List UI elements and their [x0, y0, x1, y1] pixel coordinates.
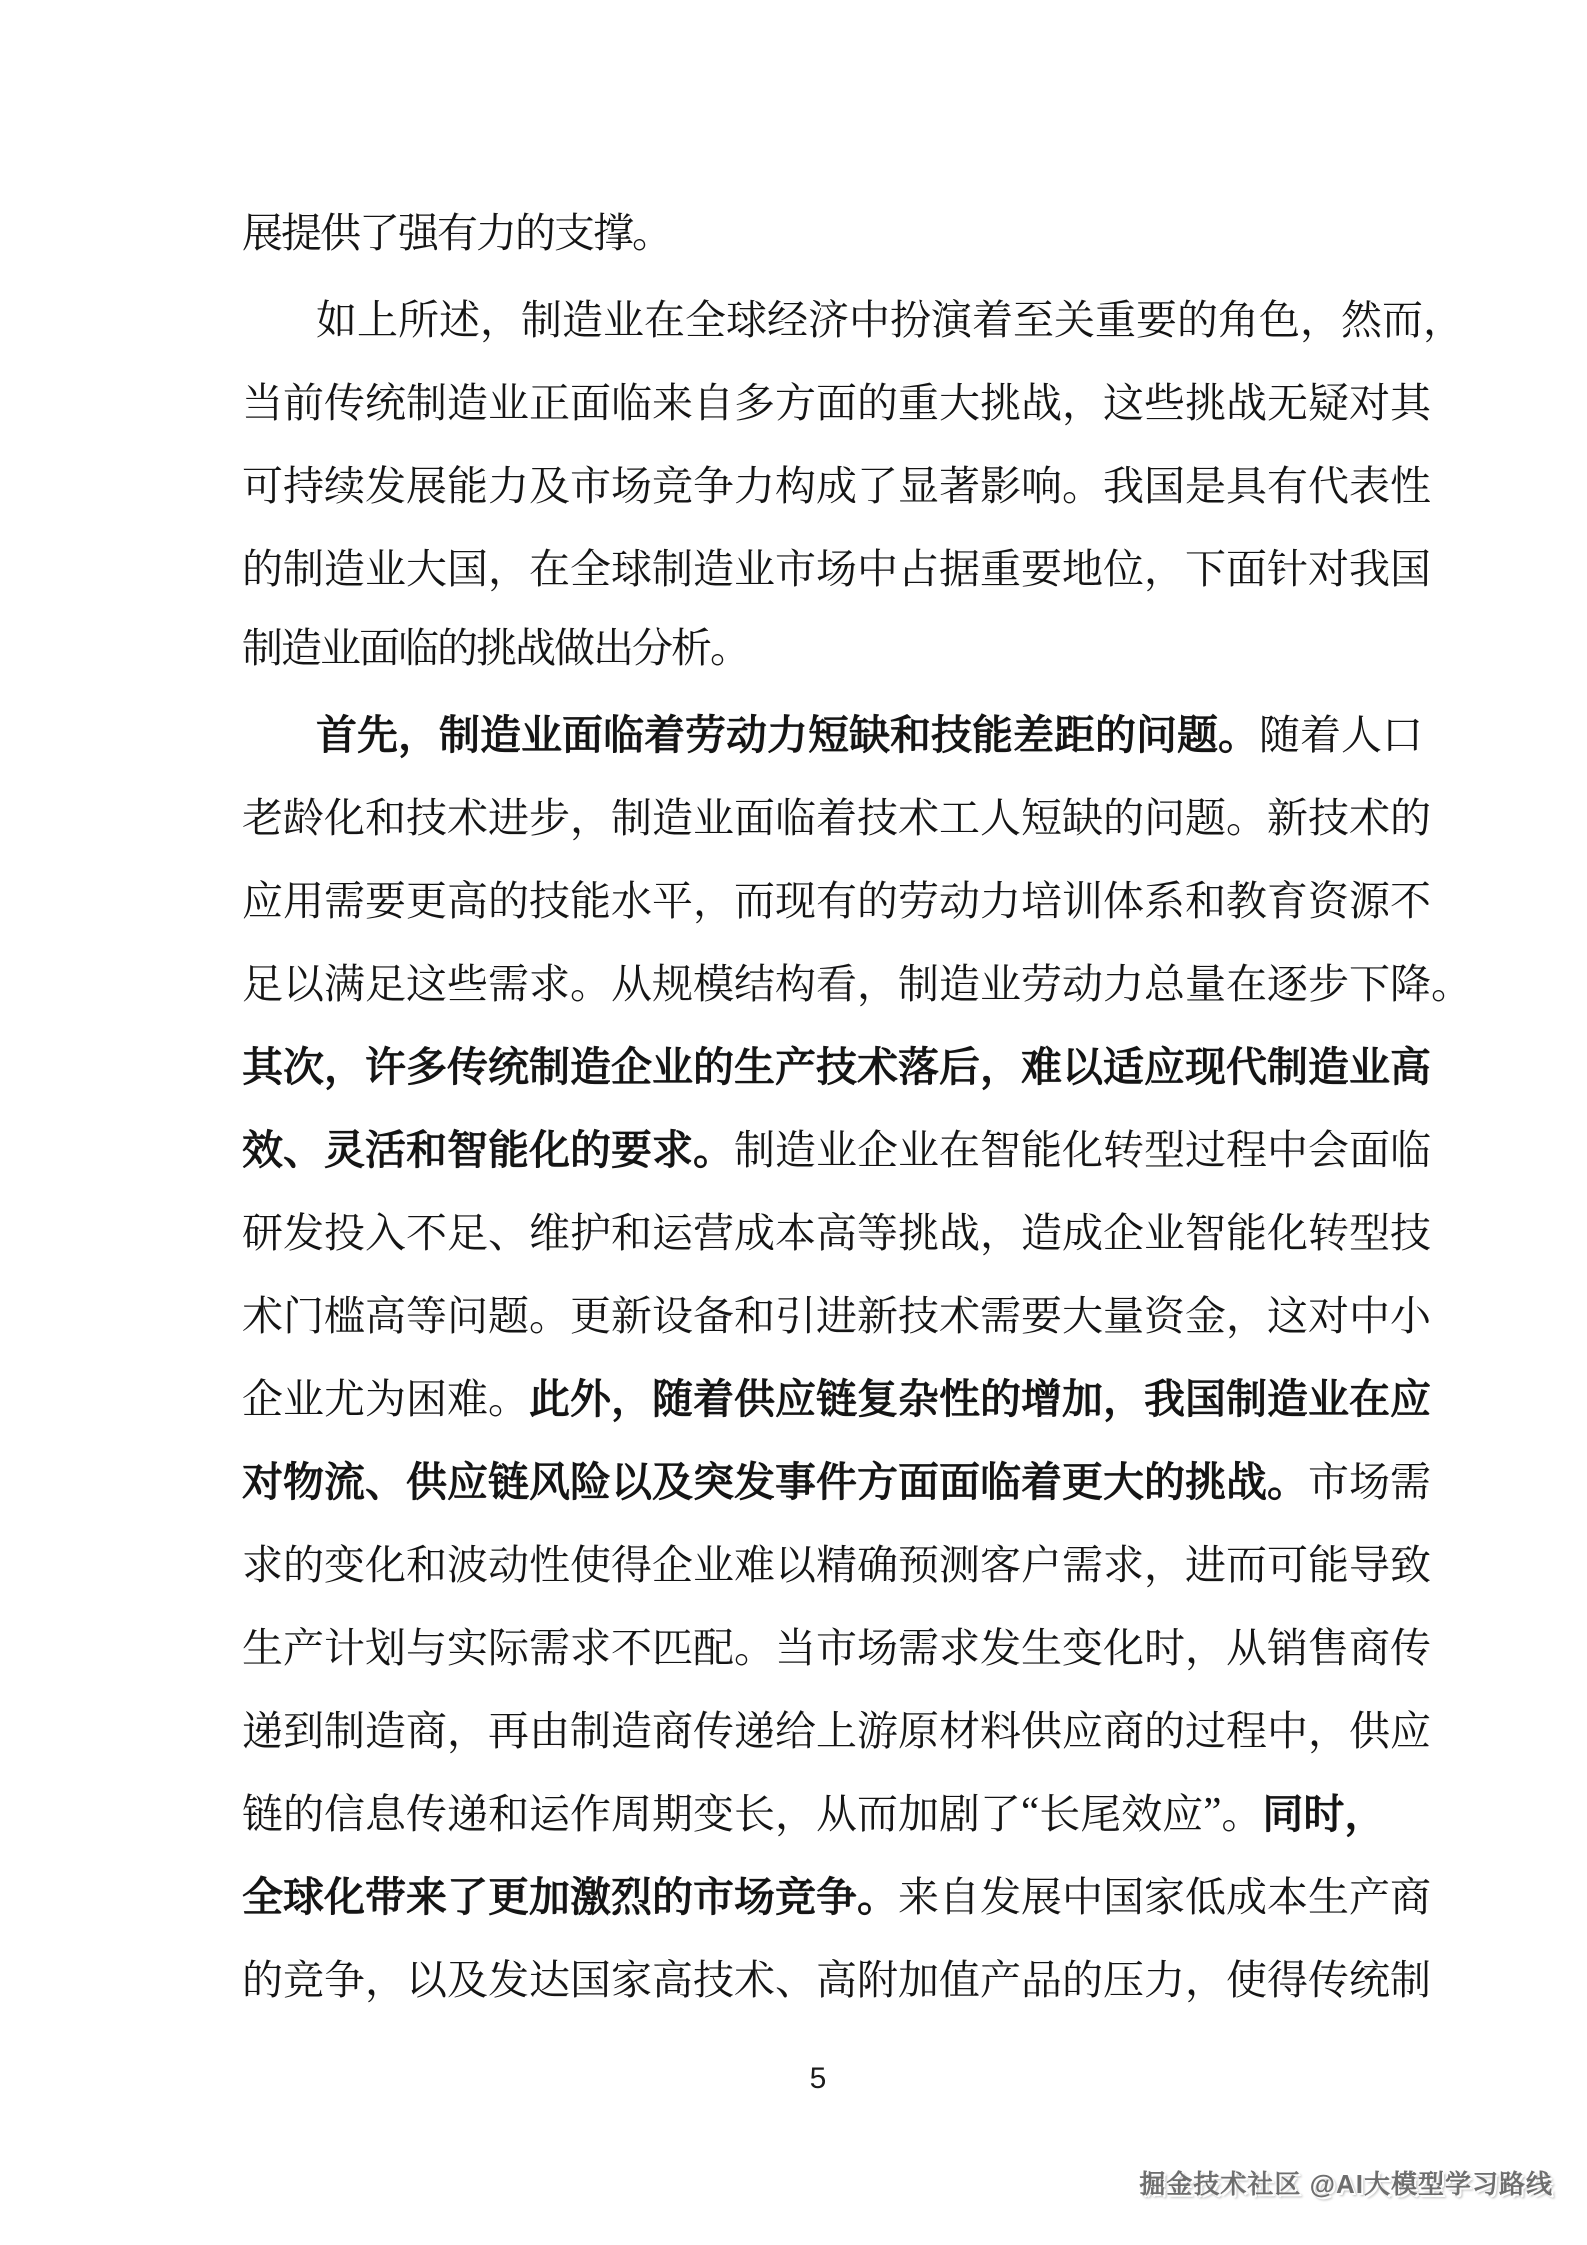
text-line: 如上所述，制造业在全球经济中扮演着至关重要的角色，然而，: [242, 275, 1348, 358]
text-line: 链的信息传递和运作周期变长，从而加剧了“长尾效应”。同时，: [242, 1769, 1348, 1852]
page-number: 5: [768, 2062, 868, 2096]
text-line: 效、灵活和智能化的要求。制造业企业在智能化转型过程中会面临: [242, 1105, 1348, 1188]
paragraph-indent: [242, 316, 316, 317]
body-text-segment: 展提供了强有力的支撑。: [242, 210, 671, 256]
text-line: 可持续发展能力及市场竞争力构成了显著影响。我国是具有代表性: [242, 441, 1348, 524]
text-line: 的制造业大国，在全球制造业市场中占据重要地位，下面针对我国: [242, 524, 1348, 607]
text-line: 老龄化和技术进步，制造业面临着技术工人短缺的问题。新技术的: [242, 773, 1348, 856]
text-line: 研发投入不足、维护和运营成本高等挑战，造成企业智能化转型技: [242, 1188, 1348, 1271]
text-line: 对物流、供应链风险以及突发事件方面面临着更大的挑战。市场需: [242, 1437, 1348, 1520]
watermark: 掘金技术社区 @AI大模型学习路线: [1139, 2164, 1553, 2201]
text-line: 企业尤为困难。此外，随着供应链复杂性的增加，我国制造业在应: [242, 1354, 1348, 1437]
text-line: 全球化带来了更加激烈的市场竞争。来自发展中国家低成本生产商: [242, 1852, 1348, 1935]
text-line: 当前传统制造业正面临来自多方面的重大挑战，这些挑战无疑对其: [242, 358, 1348, 441]
text-line: 递到制造商，再由制造商传递给上游原材料供应商的过程中，供应: [242, 1686, 1348, 1769]
text-line: 足以满足这些需求。从规模结构看，制造业劳动力总量在逐步下降。: [242, 939, 1348, 1022]
text-line: 展提供了强有力的支撑。: [242, 192, 1348, 275]
text-line: 首先，制造业面临着劳动力短缺和技能差距的问题。随着人口: [242, 690, 1348, 773]
body-text-segment: 制造业面临的挑战做出分析。: [242, 625, 749, 671]
text-line: 制造业面临的挑战做出分析。: [242, 607, 1348, 690]
text-line: 的竞争，以及发达国家高技术、高附加值产品的压力，使得传统制: [242, 1935, 1348, 2018]
document-page: 展提供了强有力的支撑。如上所述，制造业在全球经济中扮演着至关重要的角色，然而，当…: [0, 0, 1587, 2245]
text-line: 其次，许多传统制造企业的生产技术落后，难以适应现代制造业高: [242, 1022, 1348, 1105]
body-text: 展提供了强有力的支撑。如上所述，制造业在全球经济中扮演着至关重要的角色，然而，当…: [242, 192, 1348, 2018]
text-line: 生产计划与实际需求不匹配。当市场需求发生变化时，从销售商传: [242, 1603, 1348, 1686]
text-line: 应用需要更高的技能水平，而现有的劳动力培训体系和教育资源不: [242, 856, 1348, 939]
text-line: 术门槛高等问题。更新设备和引进新技术需要大量资金，这对中小: [242, 1271, 1348, 1354]
text-line: 求的变化和波动性使得企业难以精确预测客户需求，进而可能导致: [242, 1520, 1348, 1603]
paragraph-indent: [242, 731, 316, 732]
